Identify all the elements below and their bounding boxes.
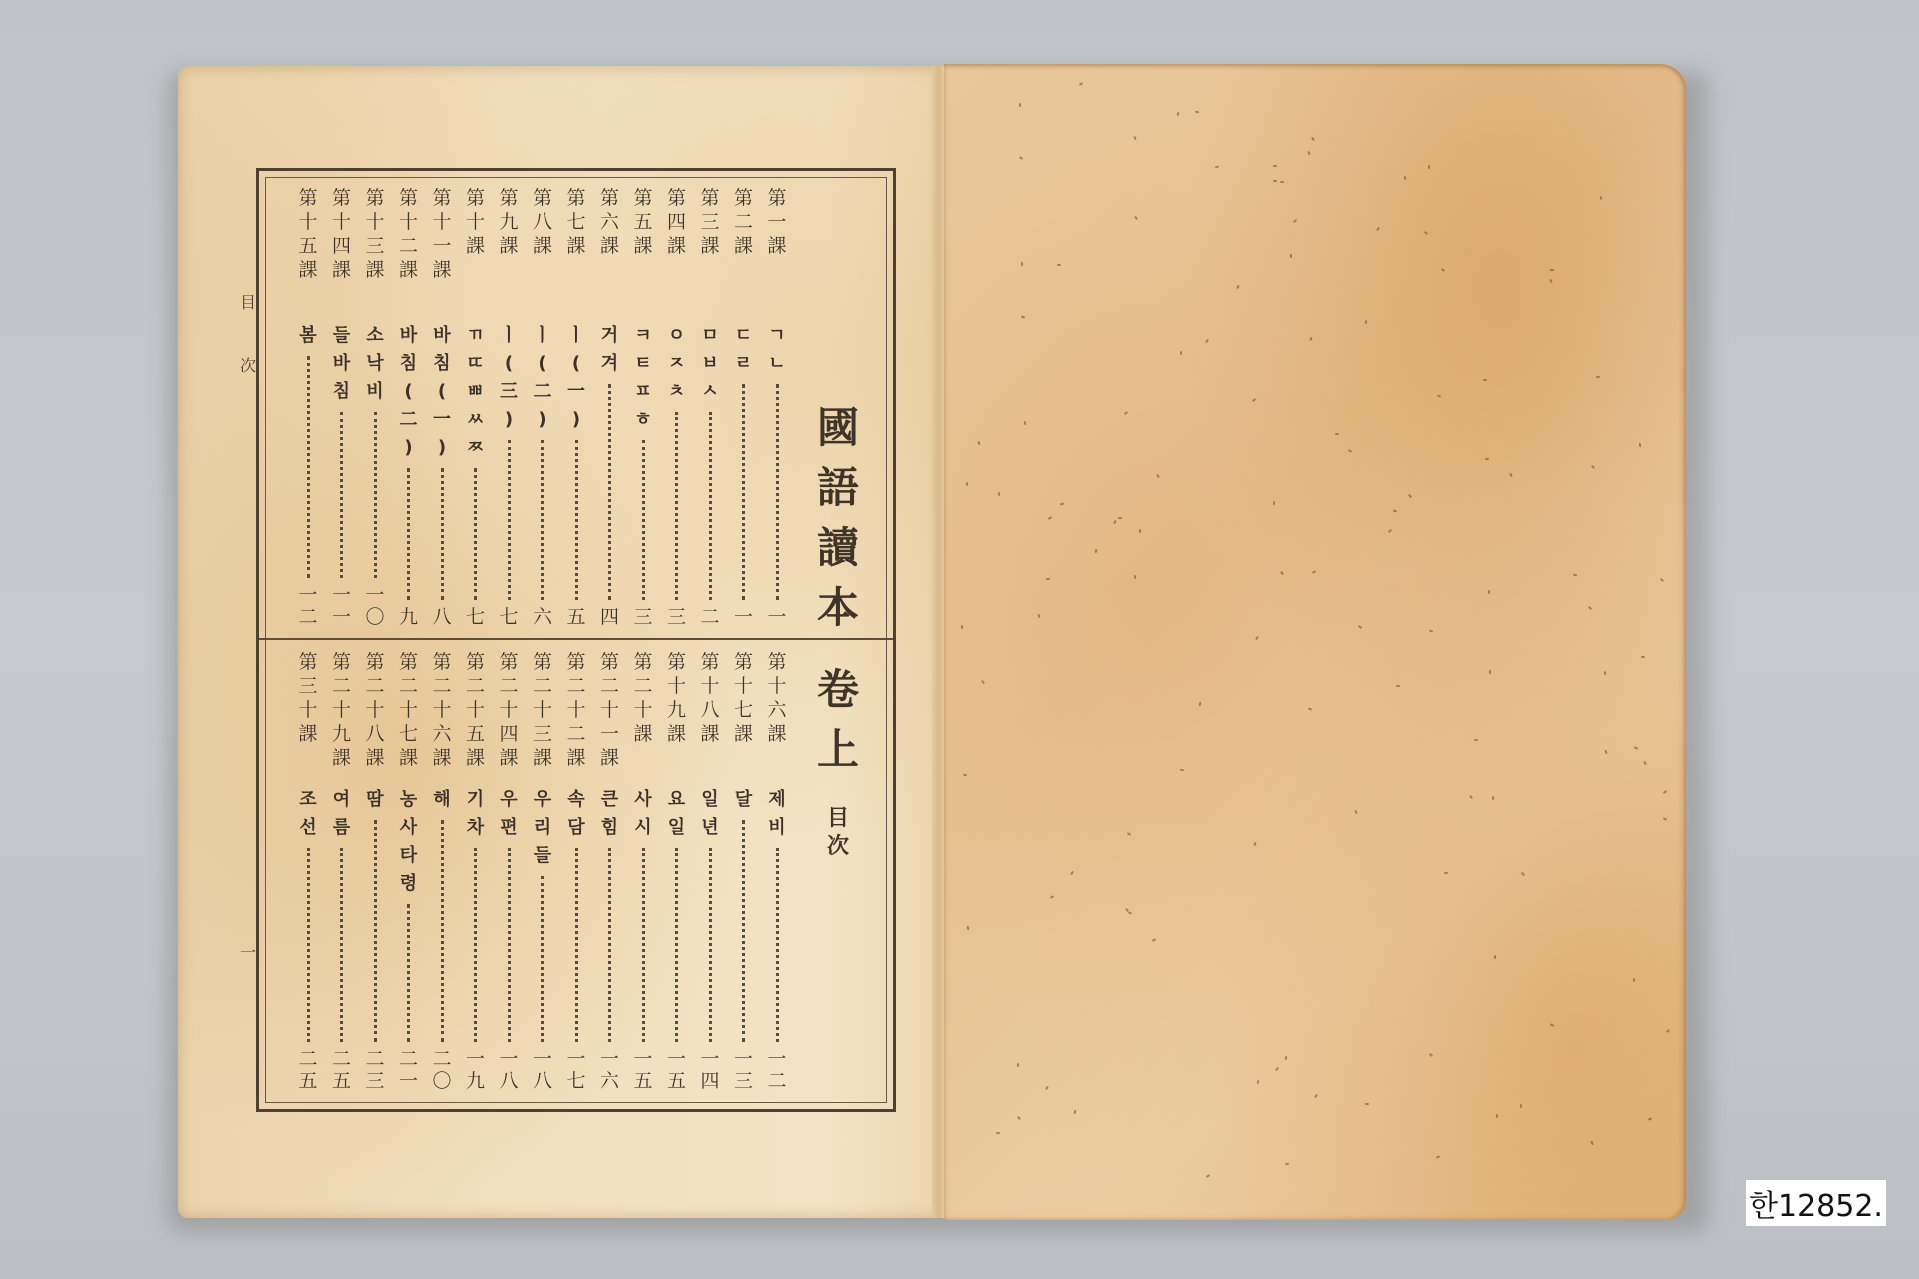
lesson-number: 第五課 <box>633 186 652 304</box>
page-ref: 六 <box>533 606 552 628</box>
lesson-number: 第十三課 <box>365 186 384 304</box>
leader-dots <box>374 412 377 578</box>
title-char: 語 <box>817 458 859 518</box>
paper-fiber <box>1494 955 1496 959</box>
lesson-number: 第八課 <box>533 186 552 304</box>
lesson-title: 소낙비 <box>366 322 383 406</box>
margin-char: 次 <box>240 353 256 376</box>
lesson-title: 바침(一) <box>433 322 451 462</box>
toc-divider <box>259 638 893 640</box>
toc-entry: 第八課ㅣ(二)六 <box>528 186 558 628</box>
lesson-title: ㅣ(三) <box>500 322 518 434</box>
lesson-title: 속담 <box>567 786 584 842</box>
paper-fiber <box>1444 872 1448 874</box>
lesson-title: 제비 <box>768 786 785 842</box>
paper-fiber <box>995 1132 999 1134</box>
lesson-title: ㅣ(二) <box>534 322 552 434</box>
lesson-title: ㄲㄸㅃㅆㅉ <box>467 322 484 462</box>
page-ref: 七 <box>466 606 485 628</box>
lesson-title: ㅋㅌㅍㅎ <box>634 322 651 434</box>
toc-entry: 第十七課달一三 <box>729 650 759 1092</box>
leader-dots <box>709 848 712 1042</box>
page-ref: 一二 <box>767 1048 786 1092</box>
lesson-title: 들바침 <box>333 322 350 406</box>
toc-entry: 第十八課일년一四 <box>695 650 725 1092</box>
page-ref: 一九 <box>466 1048 485 1092</box>
page-ref: 一二 <box>298 584 317 628</box>
leader-dots <box>742 384 745 600</box>
page-ref: 五 <box>566 606 585 628</box>
lesson-number: 第十五課 <box>298 186 317 304</box>
paper-fiber <box>1335 433 1339 435</box>
lesson-title: 일년 <box>701 786 718 842</box>
paper-fiber <box>1487 590 1490 594</box>
paper-fiber <box>1520 1103 1523 1107</box>
paper-fiber <box>1057 264 1061 266</box>
lesson-number: 第十七課 <box>734 650 753 768</box>
toc-entry: 第九課ㅣ(三)七 <box>494 186 524 628</box>
toc-entry: 第二十六課해二〇 <box>427 650 457 1092</box>
page-ref: 一八 <box>499 1048 518 1092</box>
toc-entry: 第十二課바침(二)九 <box>394 186 424 628</box>
paper-fiber <box>1289 254 1291 258</box>
leader-dots <box>776 384 779 600</box>
page-ref: 九 <box>399 606 418 628</box>
lesson-title: ㅣ(一) <box>567 322 585 434</box>
toc-entry: 第二十二課속담一七 <box>561 650 591 1092</box>
lesson-number: 第二十一課 <box>600 650 619 768</box>
leader-dots <box>642 848 645 1042</box>
paper-fiber <box>1632 978 1635 982</box>
lesson-number: 第一課 <box>767 186 786 304</box>
lesson-title: 달 <box>735 786 752 814</box>
page-ref: 八 <box>432 606 451 628</box>
lesson-number: 第六課 <box>600 186 619 304</box>
lesson-title: 우리들 <box>534 786 551 870</box>
lesson-title: 여름 <box>333 786 350 842</box>
lesson-title: 바침(二) <box>400 322 418 462</box>
toc-entry: 第十六課제비一二 <box>762 650 792 1092</box>
paper-fiber <box>1474 739 1478 741</box>
title-char: 國 <box>817 398 859 458</box>
leader-dots <box>441 468 444 600</box>
page-ref: 三 <box>667 606 686 628</box>
leader-dots <box>508 440 511 600</box>
catalog-label: 한12852. <box>1746 1180 1886 1226</box>
leader-dots <box>742 820 745 1042</box>
toc-entry: 第二十四課우편一八 <box>494 650 524 1092</box>
lesson-title: ㄱㄴ <box>768 322 785 378</box>
page-ref: 二三 <box>365 1048 384 1092</box>
lesson-title: 큰힘 <box>601 786 618 842</box>
subtitle-char: 次 <box>827 832 849 860</box>
leader-dots <box>407 468 410 600</box>
toc-entry: 第二十七課농사타령二一 <box>394 650 424 1092</box>
toc-entry: 第七課ㅣ(一)五 <box>561 186 591 628</box>
book-title: 國 語 讀 本 卷 上 目 次 <box>808 398 868 860</box>
page-ref: 一八 <box>533 1048 552 1092</box>
paper-fiber <box>1489 669 1491 673</box>
leader-dots <box>608 384 611 600</box>
toc-entry: 第十課ㄲㄸㅃㅆㅉ七 <box>461 186 491 628</box>
page-ref: 二 <box>700 606 719 628</box>
lesson-number: 第二十課 <box>633 650 652 768</box>
toc-entry: 第二十五課기차一九 <box>461 650 491 1092</box>
lesson-number: 第七課 <box>566 186 585 304</box>
leader-dots <box>776 848 779 1042</box>
lesson-title: ㄷㄹ <box>735 322 752 378</box>
page-number: 一 <box>240 940 256 963</box>
title-char: 本 <box>817 578 859 638</box>
toc-entry: 第六課거겨四 <box>595 186 625 628</box>
lesson-number: 第十六課 <box>767 650 786 768</box>
lesson-number: 第二十六課 <box>432 650 451 768</box>
lesson-number: 第二十四課 <box>499 650 518 768</box>
lesson-title: 조선 <box>299 786 316 842</box>
leader-dots <box>575 440 578 600</box>
lesson-number: 第三十課 <box>298 650 317 768</box>
lesson-title: 농사타령 <box>400 786 417 898</box>
lesson-title: ㅁㅂㅅ <box>701 322 718 406</box>
lesson-number: 第二十九課 <box>332 650 351 768</box>
toc-entry: 第二十九課여름二五 <box>327 650 357 1092</box>
leader-dots <box>541 440 544 600</box>
lesson-number: 第十二課 <box>399 186 418 304</box>
lesson-number: 第三課 <box>700 186 719 304</box>
lesson-number: 第二十三課 <box>533 650 552 768</box>
lesson-number: 第十課 <box>466 186 485 304</box>
lesson-title: 해 <box>433 786 450 814</box>
margin-char: 目 <box>240 290 256 313</box>
toc-entry: 第三課ㅁㅂㅅ二 <box>695 186 725 628</box>
paper-fiber <box>1195 110 1199 113</box>
leader-dots <box>407 904 410 1042</box>
leader-dots <box>307 848 310 1042</box>
lesson-title: ㅇㅈㅊ <box>668 322 685 406</box>
leader-dots <box>340 848 343 1042</box>
page-ref: 一 <box>767 606 786 628</box>
lesson-number: 第二十八課 <box>365 650 384 768</box>
paper-fiber <box>1023 421 1026 425</box>
page-ref: 一 <box>734 606 753 628</box>
page-ref: 一五 <box>667 1048 686 1092</box>
toc-entry: 第二十三課우리들一八 <box>528 650 558 1092</box>
page-ref: 四 <box>600 606 619 628</box>
leader-dots <box>541 876 544 1042</box>
leader-dots <box>675 412 678 600</box>
toc-entry: 第十一課바침(一)八 <box>427 186 457 628</box>
toc-entry: 第四課ㅇㅈㅊ三 <box>662 186 692 628</box>
lesson-title: 우편 <box>500 786 517 842</box>
toc-entry: 第五課ㅋㅌㅍㅎ三 <box>628 186 658 628</box>
paper-fiber <box>998 492 1000 496</box>
title-char: 卷 <box>817 660 859 720</box>
leader-dots <box>340 412 343 578</box>
lesson-title: 기차 <box>467 786 484 842</box>
leader-dots <box>642 440 645 600</box>
paper-fiber <box>1491 796 1494 800</box>
toc-entry: 第一課ㄱㄴ一 <box>762 186 792 628</box>
page-ref: 一〇 <box>365 584 384 628</box>
leader-dots <box>307 356 310 578</box>
lesson-title: 요일 <box>668 786 685 842</box>
lesson-number: 第九課 <box>499 186 518 304</box>
page-ref: 一三 <box>734 1048 753 1092</box>
toc-entry: 第十四課들바침一一 <box>327 186 357 628</box>
toc-entry: 第二課ㄷㄹ一 <box>729 186 759 628</box>
lesson-number: 第十九課 <box>667 650 686 768</box>
lesson-number: 第十一課 <box>432 186 451 304</box>
lesson-number: 第四課 <box>667 186 686 304</box>
paper-fiber <box>1550 269 1554 271</box>
leader-dots <box>709 412 712 600</box>
page-ref: 一五 <box>633 1048 652 1092</box>
paper-fiber <box>1046 577 1050 580</box>
toc-entry: 第十九課요일一五 <box>662 650 692 1092</box>
lesson-number: 第二十二課 <box>566 650 585 768</box>
subtitle-char: 目 <box>827 804 849 832</box>
lesson-number: 第十四課 <box>332 186 351 304</box>
leader-dots <box>474 468 477 600</box>
lesson-number: 第二十五課 <box>466 650 485 768</box>
page-ref: 一六 <box>600 1048 619 1092</box>
paper-fiber <box>1019 102 1021 106</box>
toc-entry: 第二十課사시一五 <box>628 650 658 1092</box>
lesson-title: 봄 <box>299 322 316 350</box>
lesson-title: 거겨 <box>601 322 618 378</box>
toc-entry: 第二十八課땀二三 <box>360 650 390 1092</box>
page-ref: 一七 <box>566 1048 585 1092</box>
toc-entry: 第三十課조선二五 <box>293 650 323 1092</box>
page-ref: 一一 <box>332 584 351 628</box>
title-char: 上 <box>817 720 859 780</box>
toc-entry: 第十五課봄一二 <box>293 186 323 628</box>
leader-dots <box>675 848 678 1042</box>
page-ref: 二五 <box>298 1048 317 1092</box>
leader-dots <box>374 820 377 1042</box>
page-ref: 七 <box>499 606 518 628</box>
lesson-number: 第十八課 <box>700 650 719 768</box>
title-char: 讀 <box>817 518 859 578</box>
toc-entry: 第二十一課큰힘一六 <box>595 650 625 1092</box>
lesson-number: 第二十七課 <box>399 650 418 768</box>
page-ref: 一四 <box>700 1048 719 1092</box>
leader-dots <box>474 848 477 1042</box>
page-ref: 二〇 <box>432 1048 451 1092</box>
page-ref: 三 <box>633 606 652 628</box>
paper-fiber <box>967 926 970 930</box>
right-page-cover <box>944 64 1686 1220</box>
leader-dots <box>508 848 511 1042</box>
paper-fiber <box>1280 181 1284 184</box>
toc-entry: 第十三課소낙비一〇 <box>360 186 390 628</box>
paper-fiber <box>1428 165 1430 169</box>
leader-dots <box>575 848 578 1042</box>
page-ref: 二五 <box>332 1048 351 1092</box>
leader-dots <box>441 820 444 1042</box>
page-ref: 二一 <box>399 1048 418 1092</box>
lesson-title: 땀 <box>366 786 383 814</box>
lesson-title: 사시 <box>634 786 651 842</box>
paper-fiber <box>1139 529 1141 533</box>
leader-dots <box>608 848 611 1042</box>
lesson-number: 第二課 <box>734 186 753 304</box>
paper-fiber <box>1272 164 1276 166</box>
